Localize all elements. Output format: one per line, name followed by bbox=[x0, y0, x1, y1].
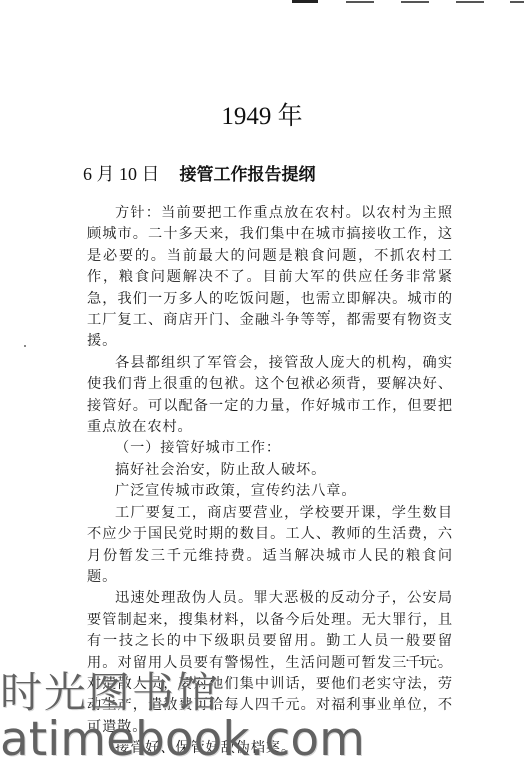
top-edge-marks bbox=[0, 0, 524, 6]
paragraph: 各县都组织了军管会，接管敌人庞大的机构，确实使我们背上很重的包袱。这个包袱必须背… bbox=[87, 353, 453, 439]
paragraph: 方针：当前要把工作重点放在农村。以农村为主照顾城市。二十多天来，我们集中在城市搞… bbox=[87, 203, 453, 353]
paragraph: 工厂要复工，商店要营业，学校要开课，学生数目不应少于国民党时期的数目。工人、教师… bbox=[87, 503, 453, 589]
edge-mark bbox=[510, 1, 524, 3]
paragraph: （一）接管好城市工作： bbox=[87, 438, 453, 459]
year-title: 1949 年 bbox=[0, 96, 524, 132]
section-heading: 6 月 10 日接管工作报告提纲 bbox=[83, 160, 316, 186]
paragraph: 广泛宣传城市政策，宣传约法八章。 bbox=[87, 481, 453, 502]
edge-mark bbox=[401, 1, 429, 3]
paragraph: 搞好社会治安，防止敌人破坏。 bbox=[87, 460, 453, 481]
section-date: 6 月 10 日 bbox=[83, 164, 160, 184]
watermark-title: 时光图书馆 bbox=[0, 660, 220, 720]
section-title: 接管工作报告提纲 bbox=[180, 165, 316, 185]
edge-mark bbox=[456, 1, 484, 3]
scan-speck bbox=[24, 345, 26, 347]
scan-speck bbox=[328, 310, 330, 312]
watermark-url: atimebook.com bbox=[0, 712, 365, 767]
edge-mark bbox=[346, 1, 374, 3]
page-number: · 1 · bbox=[405, 654, 443, 670]
edge-mark bbox=[292, 0, 318, 3]
